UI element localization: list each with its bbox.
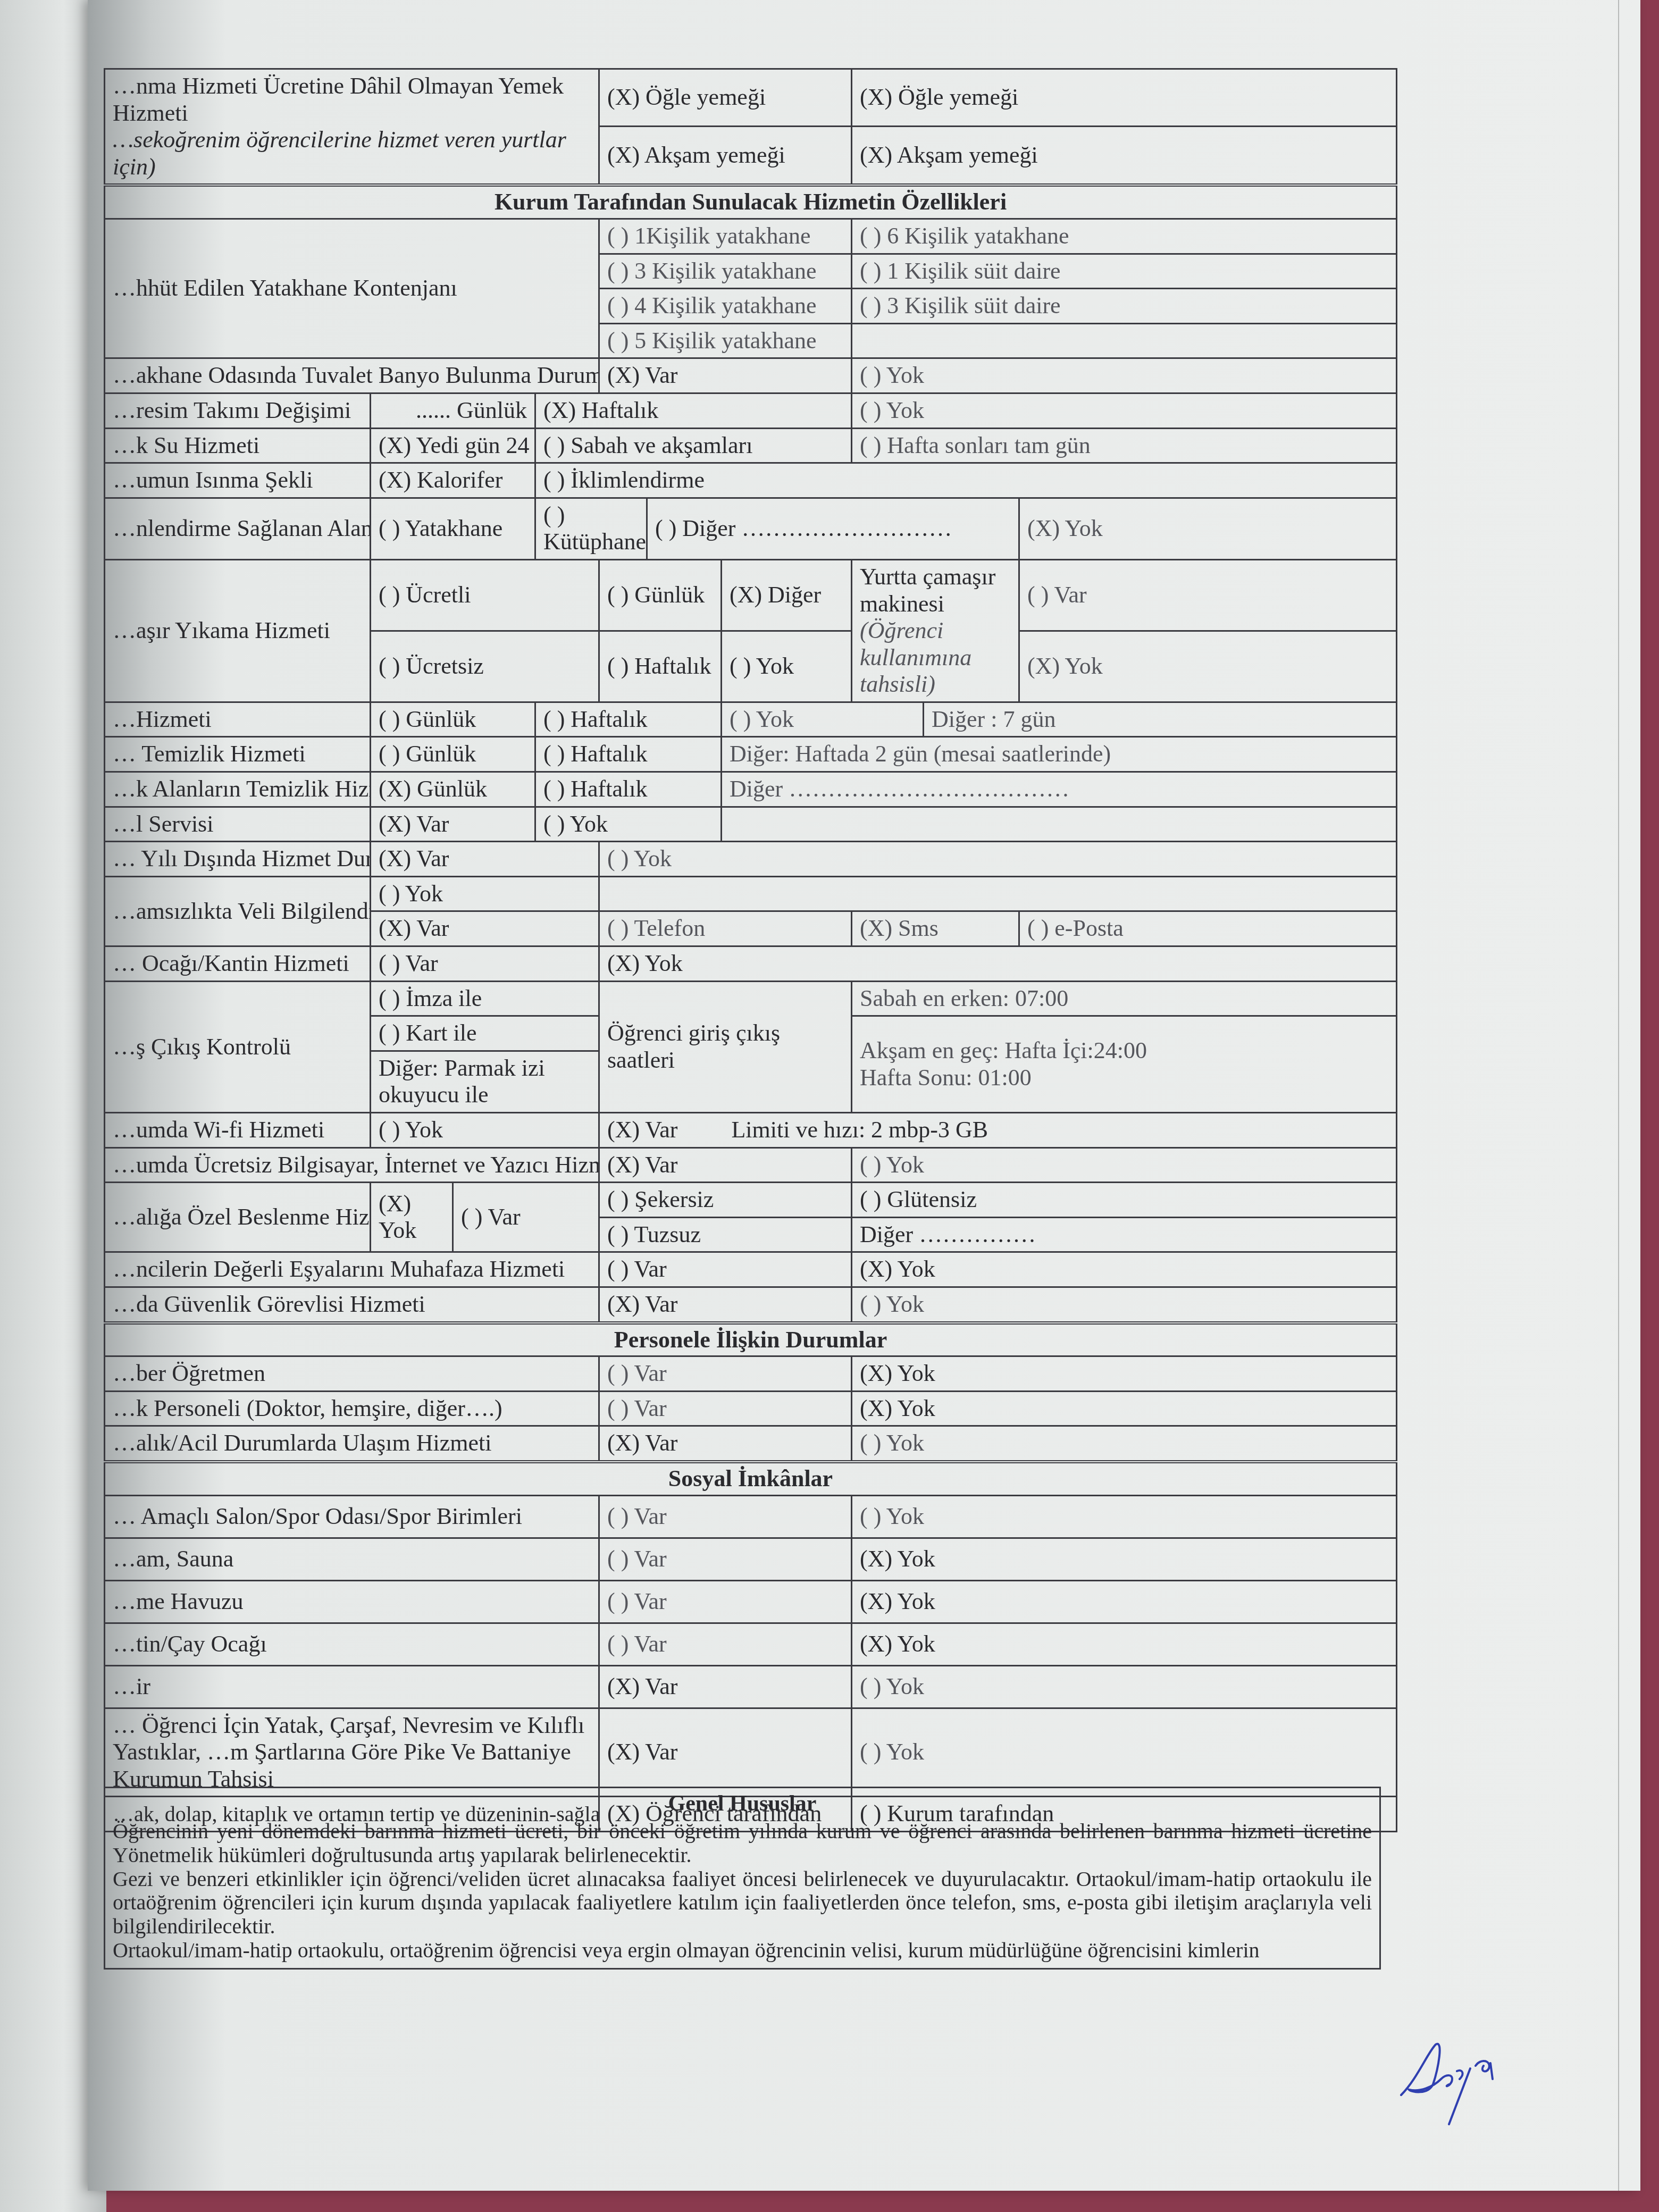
capacity-option[interactable]: ( ) 1Kişilik yatakhane	[599, 219, 852, 254]
outside-year-var[interactable]: (X) Var	[371, 842, 599, 877]
valuables-label: …ncilerin Değerli Eşyalarını Muhafaza Hi…	[105, 1252, 599, 1287]
social-row: …me Havuzu ( ) Var (X) Yok	[105, 1580, 1397, 1623]
parent-notify-sms[interactable]: (X) Sms	[852, 911, 1019, 946]
staff-var[interactable]: ( ) Var	[599, 1356, 852, 1392]
laundry-none[interactable]: ( ) Yok	[722, 631, 852, 702]
security-yok[interactable]: ( ) Yok	[852, 1287, 1397, 1322]
social-row: …tin/Çay Ocağı ( ) Var (X) Yok	[105, 1623, 1397, 1665]
document-page: …nma Hizmeti Ücretine Dâhil Olmayan Yeme…	[88, 0, 1640, 2191]
staff-var[interactable]: (X) Var	[599, 1426, 852, 1462]
diet-other: Diğer ……………	[852, 1217, 1397, 1252]
social-yok[interactable]: (X) Yok	[852, 1623, 1397, 1665]
computer-var[interactable]: (X) Var	[599, 1147, 852, 1183]
meals-row: …nma Hizmeti Ücretine Dâhil Olmayan Yeme…	[105, 69, 1397, 127]
staff-row: …ber Öğretmen ( ) Var (X) Yok	[105, 1356, 1397, 1392]
canteen-yok[interactable]: (X) Yok	[599, 946, 1397, 982]
entry-exit-card[interactable]: ( ) Kart ile	[371, 1016, 599, 1051]
social-label: … Amaçlı Salon/Spor Odası/Spor Birimleri	[105, 1495, 599, 1538]
general-paragraph: Ortaokul/imam-hatip ortaokulu, ortaöğren…	[113, 1939, 1372, 1963]
laundry-other[interactable]: (X) Diğer	[722, 559, 852, 631]
section-title-social: Sosyal İmkânlar	[105, 1462, 1397, 1495]
staff-label: …k Personeli (Doktor, hemşire, diğer….)	[105, 1391, 599, 1426]
meals-label: …nma Hizmeti Ücretine Dâhil Olmayan Yeme…	[105, 69, 599, 186]
social-label: …tin/Çay Ocağı	[105, 1623, 599, 1665]
capacity-option[interactable]: ( ) 3 Kişilik yatakhane	[599, 254, 852, 289]
social-label: …ir	[105, 1665, 599, 1708]
wifi-yok[interactable]: ( ) Yok	[371, 1113, 599, 1148]
bedding-none[interactable]: ( ) Yok	[852, 393, 1397, 428]
shuttle-label: …l Servisi	[105, 807, 371, 842]
diet-sugar-free[interactable]: ( ) Şekersiz	[599, 1183, 852, 1218]
parent-notify-telefon[interactable]: ( ) Telefon	[599, 911, 852, 946]
security-label: …da Güvenlik Görevlisi Hizmeti	[105, 1287, 599, 1322]
laundry-machine-yok[interactable]: (X) Yok	[1019, 631, 1397, 702]
social-row: … Amaçlı Salon/Spor Odası/Spor Birimleri…	[105, 1495, 1397, 1538]
capacity-option[interactable]: ( ) 5 Kişilik yatakhane	[599, 323, 852, 358]
cleaning-daily[interactable]: ( ) Günlük	[371, 737, 535, 772]
page-edge	[1618, 0, 1619, 2191]
social-label: … Öğrenci İçin Yatak, Çarşaf, Nevresim v…	[105, 1708, 599, 1797]
general-provisions: Genel Hususlar Öğrencinin yeni dönemdeki…	[104, 1787, 1381, 1970]
social-var[interactable]: ( ) Var	[599, 1623, 852, 1665]
social-var[interactable]: ( ) Var	[599, 1538, 852, 1580]
meals-lunch-2[interactable]: (X) Öğle yemeği	[852, 69, 1397, 127]
parent-notify-label: …amsızlıkta Veli Bilgilendirmesi	[105, 876, 371, 946]
laundry-paid[interactable]: ( ) Ücretli	[371, 559, 599, 631]
social-yok[interactable]: (X) Yok	[852, 1538, 1397, 1580]
social-var[interactable]: ( ) Var	[599, 1495, 852, 1538]
diet-salt-free[interactable]: ( ) Tuzsuz	[599, 1217, 852, 1252]
outside-year-label: … Yılı Dışında Hizmet Durumu	[105, 842, 371, 877]
valuables-var[interactable]: ( ) Var	[599, 1252, 852, 1287]
capacity-option[interactable]: ( ) 1 Kişilik süit daire	[852, 254, 1397, 289]
wifi-label: …umda Wi-fi Hizmeti	[105, 1113, 371, 1148]
cleaning-weekly[interactable]: ( ) Haftalık	[535, 737, 722, 772]
general-paragraph: Gezi ve benzeri etkinlikler için öğrenci…	[113, 1867, 1372, 1939]
canteen-var[interactable]: ( ) Var	[371, 946, 599, 982]
service1-other: Diğer : 7 gün	[924, 702, 1397, 737]
social-label: …am, Sauna	[105, 1538, 599, 1580]
staff-yok[interactable]: ( ) Yok	[852, 1426, 1397, 1462]
social-row: …ir (X) Var ( ) Yok	[105, 1665, 1397, 1708]
canteen-label: … Ocağı/Kantin Hizmeti	[105, 946, 371, 982]
service1-daily[interactable]: ( ) Günlük	[371, 702, 535, 737]
shuttle-empty	[722, 807, 1397, 842]
laundry-weekly[interactable]: ( ) Haftalık	[599, 631, 722, 702]
hotwater-weekends[interactable]: ( ) Hafta sonları tam gün	[852, 428, 1397, 463]
diet-yok[interactable]: (X) Yok	[371, 1183, 453, 1252]
social-yok[interactable]: ( ) Yok	[852, 1495, 1397, 1538]
diet-gluten-free[interactable]: ( ) Glütensiz	[852, 1183, 1397, 1218]
laundry-machine: Yurtta çamaşır makinesi (Öğrenci kullanı…	[852, 559, 1019, 702]
section-title-services: Kurum Tarafından Sunulacak Hizmetin Özel…	[105, 185, 1397, 219]
common-cleaning-other: Diğer ………………………………	[722, 772, 1397, 807]
staff-row: …k Personeli (Doktor, hemşire, diğer….) …	[105, 1391, 1397, 1426]
parent-notify-empty	[599, 876, 1397, 911]
hotwater-247[interactable]: (X) Yedi gün 24 saat	[371, 428, 535, 463]
heating-aircon[interactable]: ( ) İklimlendirme	[535, 463, 1397, 498]
staff-yok[interactable]: (X) Yok	[852, 1356, 1397, 1392]
hotwater-morning-evening[interactable]: ( ) Sabah ve akşamları	[535, 428, 852, 463]
outside-year-yok[interactable]: ( ) Yok	[599, 842, 1397, 877]
meals-dinner-2[interactable]: (X) Akşam yemeği	[852, 127, 1397, 186]
meals-lunch-1[interactable]: (X) Öğle yemeği	[599, 69, 852, 127]
social-row: … Öğrenci İçin Yatak, Çarşaf, Nevresim v…	[105, 1708, 1397, 1797]
heating-radiator[interactable]: (X) Kalorifer	[371, 463, 535, 498]
general-paragraph: Öğrencinin yeni dönemdeki barınma hizmet…	[113, 1820, 1372, 1867]
hotwater-label: …k Su Hizmeti	[105, 428, 371, 463]
toilet-yok[interactable]: ( ) Yok	[852, 358, 1397, 393]
shuttle-yok[interactable]: ( ) Yok	[535, 807, 722, 842]
bedding-weekly[interactable]: (X) Haftalık	[535, 393, 852, 428]
staff-var[interactable]: ( ) Var	[599, 1391, 852, 1426]
service-form-table: …nma Hizmeti Ücretine Dâhil Olmayan Yeme…	[104, 68, 1397, 1832]
section-title-staff: Personele İlişkin Durumlar	[105, 1323, 1397, 1356]
service1-weekly[interactable]: ( ) Haftalık	[535, 702, 722, 737]
wifi-var[interactable]: (X) Var Limiti ve hızı: 2 mbp-3 GB	[599, 1113, 1397, 1148]
capacity-empty	[852, 323, 1397, 358]
aircon-areas-label: …nlendirme Sağlanan Alanlar	[105, 498, 371, 559]
entry-exit-label: …ş Çıkış Kontrolü	[105, 981, 371, 1112]
parent-notify-var[interactable]: (X) Var	[371, 911, 599, 946]
toilet-var[interactable]: (X) Var	[599, 358, 852, 393]
laundry-machine-var[interactable]: ( ) Var	[1019, 559, 1397, 631]
staff-yok[interactable]: (X) Yok	[852, 1391, 1397, 1426]
laundry-daily[interactable]: ( ) Günlük	[599, 559, 722, 631]
social-var[interactable]: ( ) Var	[599, 1580, 852, 1623]
general-provisions-title: Genel Hususlar	[113, 1791, 1372, 1816]
social-yok[interactable]: ( ) Yok	[852, 1708, 1397, 1797]
staff-label: …alık/Acil Durumlarda Ulaşım Hizmeti	[105, 1426, 599, 1462]
entry-exit-evening: Akşam en geç: Hafta İçi:24:00 Hafta Sonu…	[852, 1016, 1397, 1113]
social-var[interactable]: (X) Var	[599, 1708, 852, 1797]
entry-exit-signature[interactable]: ( ) İmza ile	[371, 981, 599, 1016]
computer-yok[interactable]: ( ) Yok	[852, 1147, 1397, 1183]
social-yok[interactable]: (X) Yok	[852, 1580, 1397, 1623]
common-cleaning-daily[interactable]: (X) Günlük	[371, 772, 535, 807]
common-cleaning-label: …k Alanların Temizlik Hizmeti	[105, 772, 371, 807]
toilet-label: …akhane Odasında Tuvalet Banyo Bulunma D…	[105, 358, 599, 393]
capacity-option[interactable]: ( ) 6 Kişilik yatakhane	[852, 219, 1397, 254]
social-label: …me Havuzu	[105, 1580, 599, 1623]
aircon-other[interactable]: ( ) Diğer ………………………	[647, 498, 1019, 559]
handwritten-signature	[1396, 2037, 1534, 2127]
meals-dinner-1[interactable]: (X) Akşam yemeği	[599, 127, 852, 186]
service1-none[interactable]: ( ) Yok	[722, 702, 924, 737]
bedding-daily[interactable]: ...... Günlük	[371, 393, 535, 428]
aircon-library[interactable]: ( ) Kütüphane	[535, 498, 647, 559]
social-var[interactable]: (X) Var	[599, 1665, 852, 1708]
shuttle-var[interactable]: (X) Var	[371, 807, 535, 842]
entry-exit-morning: Sabah en erken: 07:00	[852, 981, 1397, 1016]
common-cleaning-weekly[interactable]: ( ) Haftalık	[535, 772, 722, 807]
valuables-yok[interactable]: (X) Yok	[852, 1252, 1397, 1287]
diet-label: …alığa Özel Beslenme Hizmeti	[105, 1183, 371, 1252]
laundry-free[interactable]: ( ) Ücretsiz	[371, 631, 599, 702]
capacity-option[interactable]: ( ) 4 Kişilik yatakhane	[599, 289, 852, 324]
social-row: …am, Sauna ( ) Var (X) Yok	[105, 1538, 1397, 1580]
entry-exit-hours-label: Öğrenci giriş çıkış saatleri	[599, 981, 852, 1112]
diet-var[interactable]: ( ) Var	[453, 1183, 599, 1252]
cleaning-label: … Temizlik Hizmeti	[105, 737, 371, 772]
computer-label: …umda Ücretsiz Bilgisayar, İnternet ve Y…	[105, 1147, 599, 1183]
capacity-option[interactable]: ( ) 3 Kişilik süit daire	[852, 289, 1397, 324]
service1-label: …Hizmeti	[105, 702, 371, 737]
heating-label: …umun Isınma Şekli	[105, 463, 371, 498]
capacity-label: …hhüt Edilen Yatakhane Kontenjanı	[105, 219, 599, 358]
parent-notify-yok[interactable]: ( ) Yok	[371, 876, 599, 911]
social-yok[interactable]: ( ) Yok	[852, 1665, 1397, 1708]
aircon-none[interactable]: (X) Yok	[1019, 498, 1397, 559]
staff-label: …ber Öğretmen	[105, 1356, 599, 1392]
bedding-label: …resim Takımı Değişimi	[105, 393, 371, 428]
laundry-label: …aşır Yıkama Hizmeti	[105, 559, 371, 702]
staff-row: …alık/Acil Durumlarda Ulaşım Hizmeti (X)…	[105, 1426, 1397, 1462]
security-var[interactable]: (X) Var	[599, 1287, 852, 1322]
parent-notify-eposta[interactable]: ( ) e-Posta	[1019, 911, 1397, 946]
aircon-dorm[interactable]: ( ) Yatakhane	[371, 498, 535, 559]
cleaning-other: Diğer: Haftada 2 gün (mesai saatlerinde)	[722, 737, 1397, 772]
entry-exit-fingerprint: Diğer: Parmak izi okuyucu ile	[371, 1051, 599, 1112]
